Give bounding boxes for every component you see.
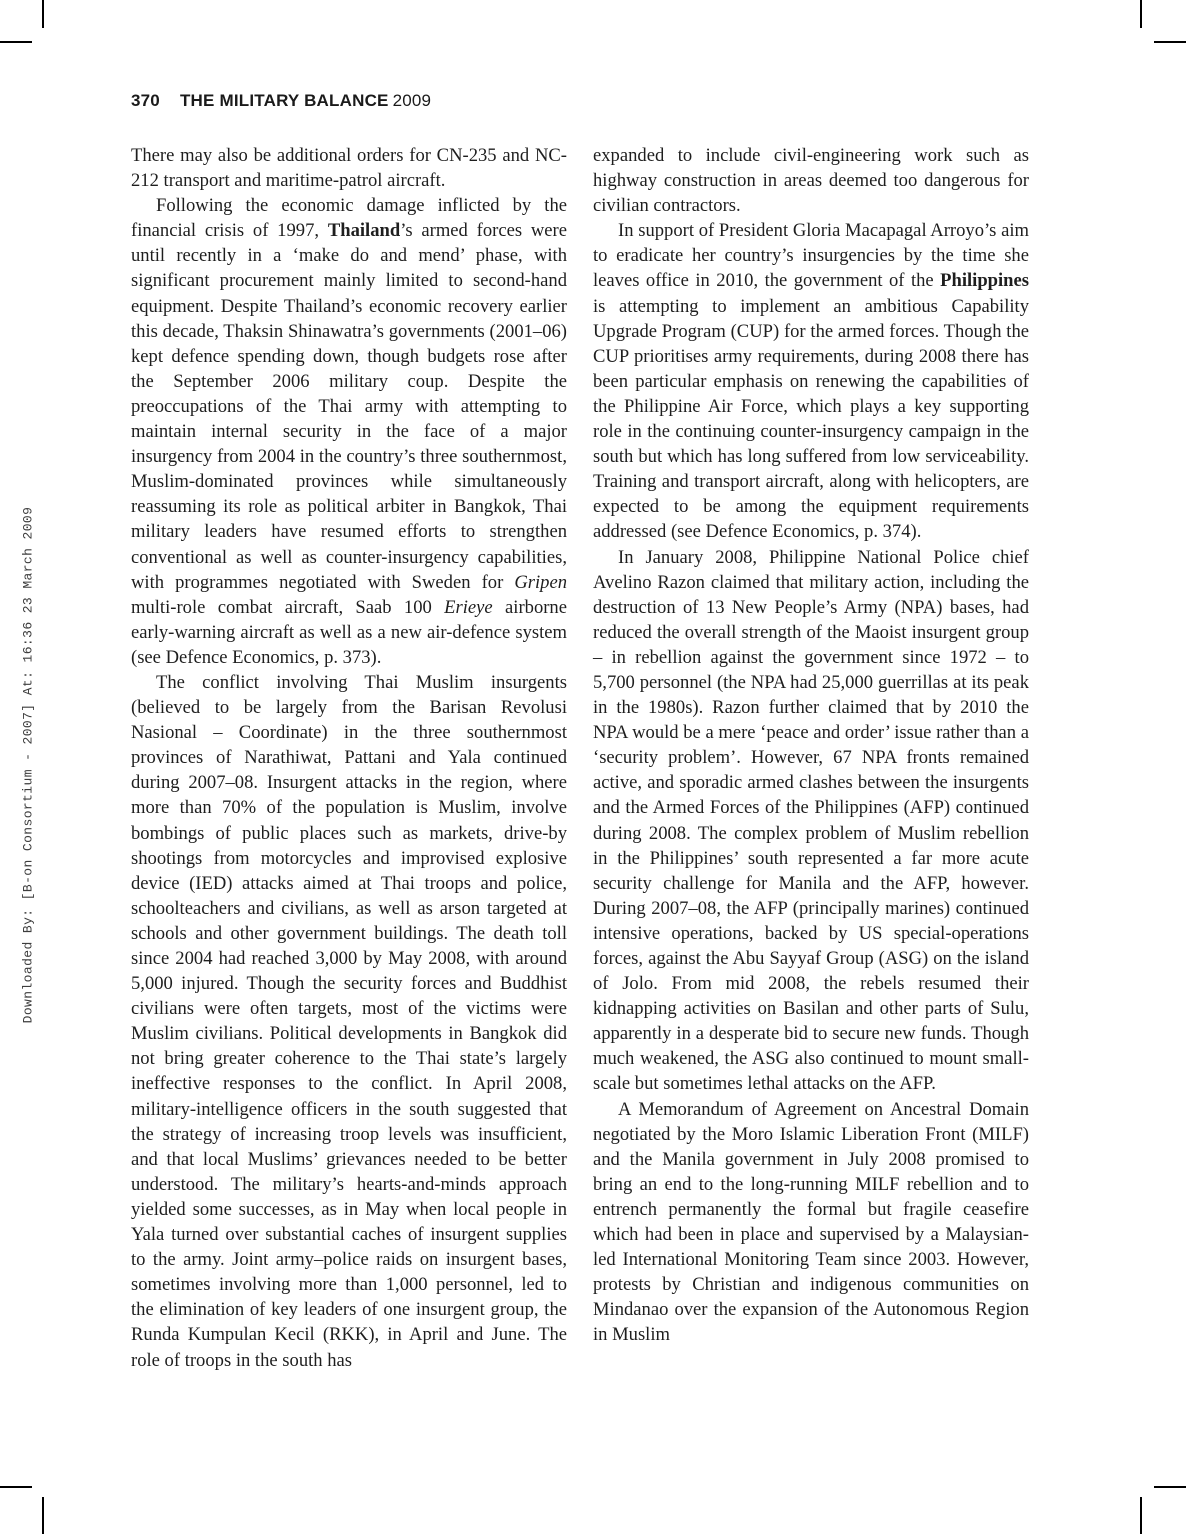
crop-mark-bottom-left-horizontal — [0, 1486, 32, 1488]
text-run: In January 2008, Philippine National Pol… — [593, 547, 1029, 1095]
text-run: expanded to include civil-engineering wo… — [593, 145, 1029, 216]
page-number: 370 — [131, 91, 160, 110]
text-run: A Memorandum of Agreement on Ancestral D… — [593, 1099, 1029, 1346]
paragraph: expanded to include civil-engineering wo… — [593, 143, 1029, 218]
crop-mark-top-left-vertical — [42, 0, 44, 28]
crop-mark-bottom-left-vertical — [42, 1497, 44, 1534]
scanned-book-page: { "header": { "page_number": "370", "tit… — [0, 0, 1186, 1534]
book-year: 2009 — [393, 91, 432, 110]
text-run: The conflict involving Thai Muslim insur… — [131, 672, 567, 1371]
text-run: ’s armed forces were until recently in a… — [131, 220, 567, 592]
bold-text-run: Thailand — [328, 220, 400, 241]
text-run: There may also be additional orders for … — [131, 145, 567, 191]
crop-mark-bottom-right-vertical — [1140, 1497, 1142, 1534]
bold-text-run: Philippines — [940, 270, 1029, 291]
crop-mark-top-right-horizontal — [1154, 41, 1186, 43]
page-header: 370THE MILITARY BALANCE2009 — [131, 91, 431, 111]
paragraph: In January 2008, Philippine National Pol… — [593, 545, 1029, 1097]
paragraph: A Memorandum of Agreement on Ancestral D… — [593, 1097, 1029, 1348]
paragraph: The conflict involving Thai Muslim insur… — [131, 670, 567, 1373]
paragraph: There may also be additional orders for … — [131, 143, 567, 193]
left-column: There may also be additional orders for … — [131, 143, 567, 1373]
text-columns: There may also be additional orders for … — [131, 143, 1029, 1373]
text-run: is attempting to implement an ambitious … — [593, 296, 1029, 543]
crop-mark-top-left-horizontal — [0, 41, 32, 43]
right-column: expanded to include civil-engineering wo… — [593, 143, 1029, 1373]
download-watermark: Downloaded By: [B-on Consortium - 2007] … — [21, 507, 36, 1024]
italic-text-run: Gripen — [514, 572, 567, 593]
book-title: THE MILITARY BALANCE — [180, 91, 389, 110]
paragraph: Following the economic damage inflicted … — [131, 193, 567, 670]
italic-text-run: Erieye — [444, 597, 493, 618]
paragraph: In support of President Gloria Macapagal… — [593, 218, 1029, 544]
text-run: multi-role combat aircraft, Saab 100 — [131, 597, 444, 618]
crop-mark-bottom-right-horizontal — [1154, 1486, 1186, 1488]
crop-mark-top-right-vertical — [1140, 0, 1142, 28]
